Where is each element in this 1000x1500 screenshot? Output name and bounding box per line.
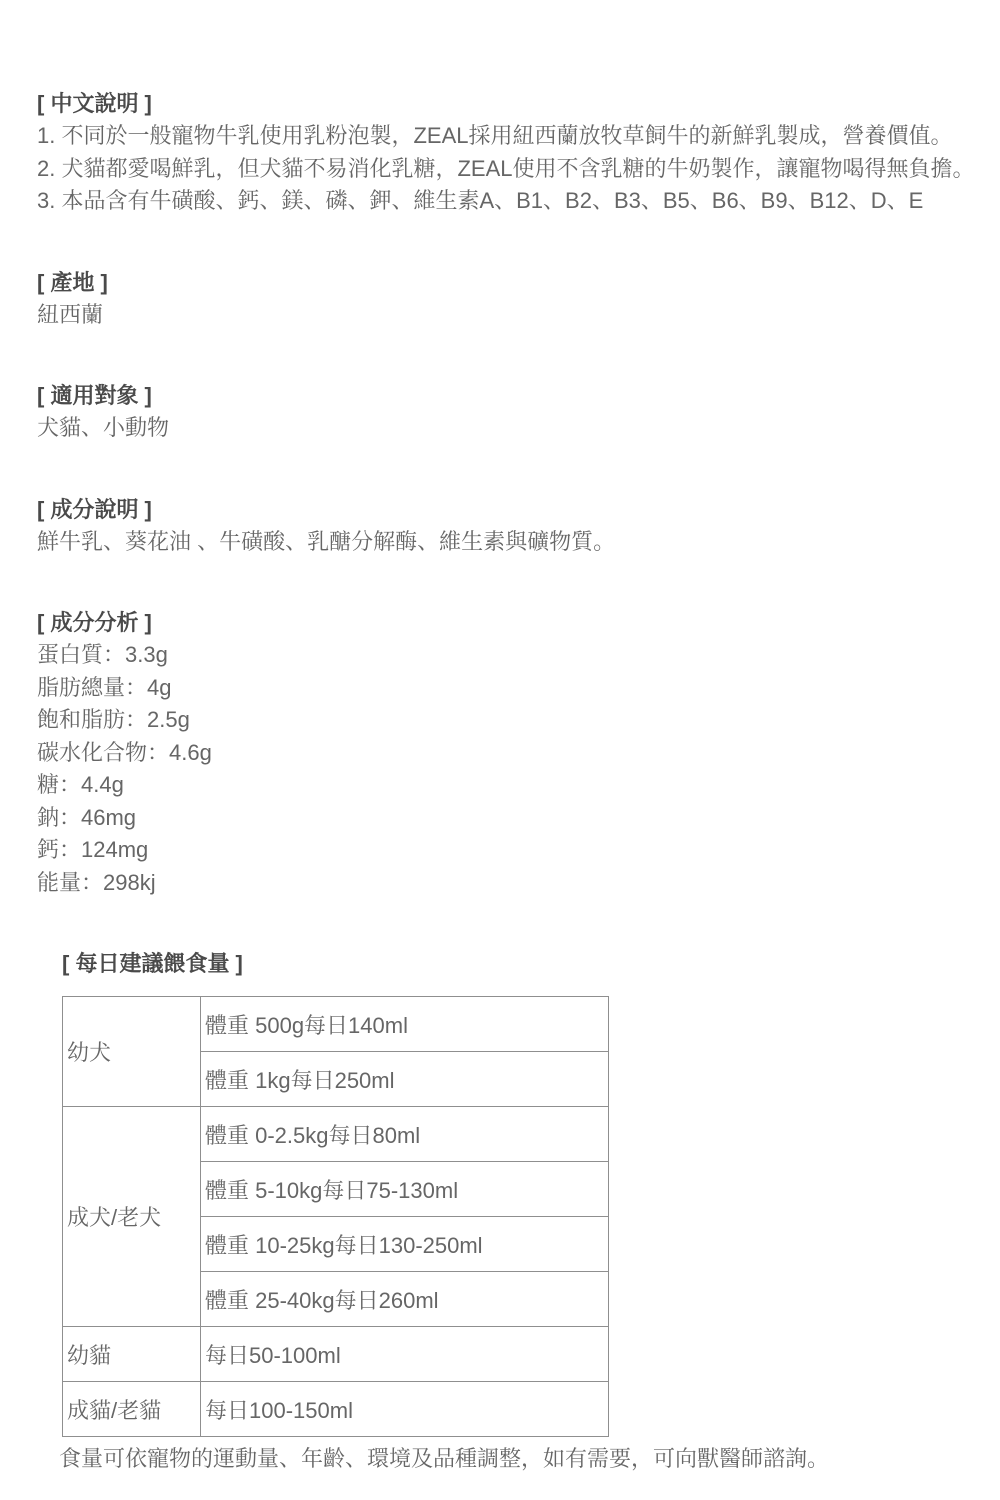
product-description-page: [ 中文說明 ] 1. 不同於一般寵物牛乳使用乳粉泡製，ZEAL採用紐西蘭放牧草… (0, 0, 1000, 1500)
analysis-calcium: 鈣：124mg (37, 834, 1000, 867)
feeding-group-puppy-label: 幼犬 (63, 997, 201, 1107)
target-animals-value: 犬貓、小動物 (37, 412, 1000, 445)
feeding-note: 食量可依寵物的運動量、年齡、環境及品種調整，如有需要，可向獸醫師諮詢。 (59, 1442, 1000, 1475)
feeding-puppy-row-1: 體重 500g每日140ml (201, 997, 609, 1052)
table-row: 成犬/老犬 體重 0-2.5kg每日80ml (63, 1107, 609, 1162)
feeding-adult-dog-row-3: 體重 10-25kg每日130-250ml (201, 1217, 609, 1272)
feeding-adult-dog-row-4: 體重 25-40kg每日260ml (201, 1272, 609, 1327)
feeding-adult-dog-row-1: 體重 0-2.5kg每日80ml (201, 1107, 609, 1162)
analysis-total-fat: 脂肪總量：4g (37, 672, 1000, 705)
description-line-3: 3. 本品含有牛磺酸、鈣、鎂、磷、鉀、維生素A、B1、B2、B3、B5、B6、B… (37, 185, 1000, 218)
section-target-animals: [ 適用對象 ] 犬貓、小動物 (37, 379, 1000, 445)
section-title-nutrition-analysis: [ 成分分析 ] (37, 606, 1000, 639)
section-title-chinese-description: [ 中文說明 ] (37, 87, 1000, 120)
section-title-target-animals: [ 適用對象 ] (37, 379, 1000, 412)
section-ingredients: [ 成分說明 ] 鮮牛乳、葵花油 、牛磺酸、乳醣分解酶、維生素與礦物質。 (37, 493, 1000, 559)
feeding-adult-cat-row: 每日100-150ml (201, 1382, 609, 1437)
ingredients-value: 鮮牛乳、葵花油 、牛磺酸、乳醣分解酶、維生素與礦物質。 (37, 526, 1000, 559)
analysis-protein: 蛋白質：3.3g (37, 639, 1000, 672)
table-row: 成貓/老貓 每日100-150ml (63, 1382, 609, 1437)
analysis-energy: 能量：298kj (37, 867, 1000, 900)
description-line-2: 2. 犬貓都愛喝鮮乳，但犬貓不易消化乳糖，ZEAL使用不含乳糖的牛奶製作，讓寵物… (37, 153, 1000, 186)
feeding-puppy-row-2: 體重 1kg每日250ml (201, 1052, 609, 1107)
feeding-kitten-row: 每日50-100ml (201, 1327, 609, 1382)
analysis-sugar: 糖：4.4g (37, 769, 1000, 802)
section-nutrition-analysis: [ 成分分析 ] 蛋白質：3.3g 脂肪總量：4g 飽和脂肪：2.5g 碳水化合… (37, 606, 1000, 899)
table-row: 幼犬 體重 500g每日140ml (63, 997, 609, 1052)
section-daily-feeding: [ 每日建議餵食量 ] 幼犬 體重 500g每日140ml 體重 1kg每日25… (62, 947, 1000, 1475)
analysis-saturated-fat: 飽和脂肪：2.5g (37, 704, 1000, 737)
analysis-sodium: 鈉：46mg (37, 802, 1000, 835)
section-chinese-description: [ 中文說明 ] 1. 不同於一般寵物牛乳使用乳粉泡製，ZEAL採用紐西蘭放牧草… (37, 87, 1000, 218)
section-origin: [ 產地 ] 紐西蘭 (37, 266, 1000, 332)
description-line-1: 1. 不同於一般寵物牛乳使用乳粉泡製，ZEAL採用紐西蘭放牧草飼牛的新鮮乳製成，… (37, 120, 1000, 153)
table-row: 幼貓 每日50-100ml (63, 1327, 609, 1382)
section-title-origin: [ 產地 ] (37, 266, 1000, 299)
feeding-group-kitten-label: 幼貓 (63, 1327, 201, 1382)
feeding-group-adult-dog-label: 成犬/老犬 (63, 1107, 201, 1327)
section-title-daily-feeding: [ 每日建議餵食量 ] (62, 947, 1000, 980)
feeding-adult-dog-row-2: 體重 5-10kg每日75-130ml (201, 1162, 609, 1217)
origin-value: 紐西蘭 (37, 299, 1000, 332)
analysis-carbohydrate: 碳水化合物：4.6g (37, 737, 1000, 770)
feeding-group-adult-cat-label: 成貓/老貓 (63, 1382, 201, 1437)
section-title-ingredients: [ 成分說明 ] (37, 493, 1000, 526)
feeding-table: 幼犬 體重 500g每日140ml 體重 1kg每日250ml 成犬/老犬 體重… (62, 996, 609, 1437)
